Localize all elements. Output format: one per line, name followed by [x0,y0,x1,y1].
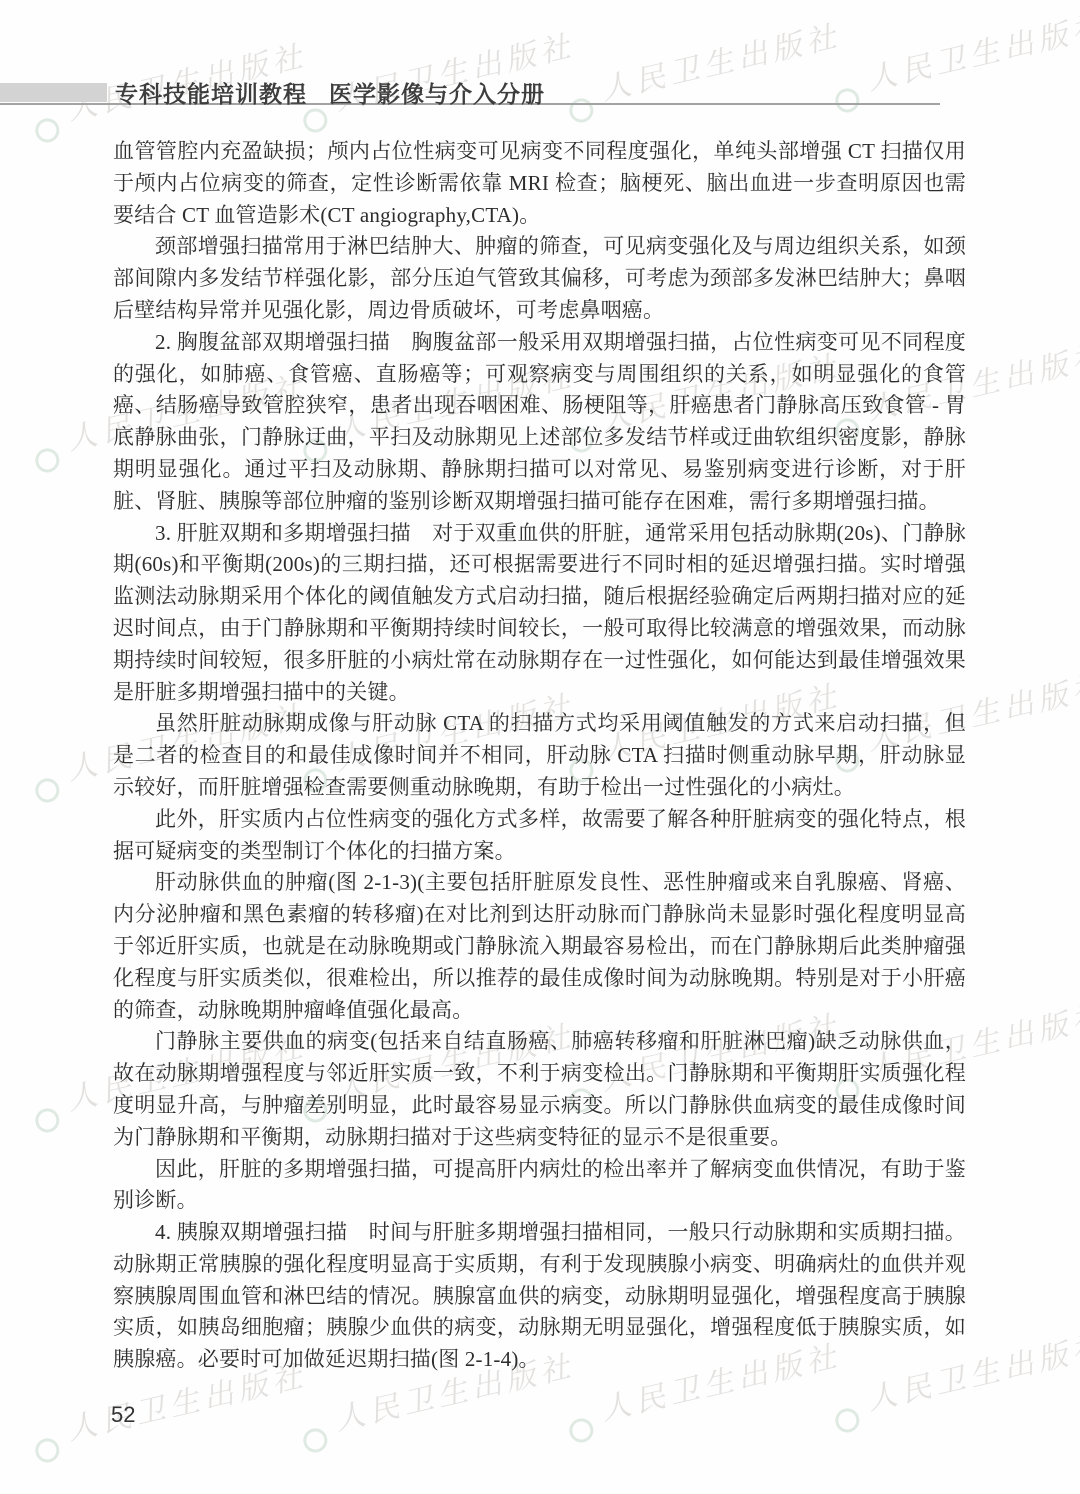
paragraph: 血管管腔内充盈缺损；颅内占位性病变可见病变不同程度强化，单纯头部增强 CT 扫描… [113,136,966,231]
paragraph: 因此，肝脏的多期增强扫描，可提高肝内病灶的检出率并了解病变血供情况，有助于鉴别诊… [113,1154,966,1218]
publisher-seal-icon [33,1436,62,1465]
paragraph: 3. 肝脏双期和多期增强扫描 对于双重血供的肝脏，通常采用包括动脉期(20s)、… [113,518,966,709]
watermark-text: 人民卫生出版社 [596,11,845,109]
watermark-stamp: 人民卫生出版社 [561,11,845,117]
publisher-seal-icon [33,446,62,475]
publisher-seal-icon [833,86,862,115]
page-body: 血管管腔内充盈缺损；颅内占位性病变可见病变不同程度强化，单纯头部增强 CT 扫描… [113,136,966,1376]
watermark-stamp: 人民卫生出版社 [295,21,579,127]
publisher-seal-icon [567,1416,596,1445]
series-title: 专科技能培训教程 [115,81,307,107]
watermark-text: 人民卫生出版社 [862,1,1080,99]
publisher-seal-icon [33,116,62,145]
running-head: 专科技能培训教程医学影像与介入分册 [115,76,545,109]
textbook-page: 人民卫生出版社人民卫生出版社人民卫生出版社人民卫生出版社人民卫生出版社人民卫生出… [0,0,1080,1494]
publisher-seal-icon [833,1406,862,1435]
page-number: 52 [111,1402,135,1428]
paragraph: 肝动脉供血的肿瘤(图 2-1-3)(主要包括肝脏原发良性、恶性肿瘤或来自乳腺癌、… [113,867,966,1026]
header-gray-bar [0,83,107,102]
publisher-seal-icon [301,106,330,135]
publisher-seal-icon [567,96,596,125]
publisher-seal-icon [33,776,62,805]
paragraph: 4. 胰腺双期增强扫描 时间与肝脏多期增强扫描相同，一般只行动脉期和实质期扫描。… [113,1217,966,1376]
publisher-seal-icon [301,1426,330,1455]
paragraph: 此外，肝实质内占位性病变的强化方式多样，故需要了解各种肝脏病变的强化特点，根据可… [113,804,966,868]
volume-title: 医学影像与介入分册 [329,81,545,107]
watermark-stamp: 人民卫生出版社 [827,1,1080,107]
publisher-seal-icon [33,1106,62,1135]
paragraph: 颈部增强扫描常用于淋巴结肿大、肿瘤的筛查，可见病变强化及与周边组织关系，如颈部间… [113,231,966,326]
paragraph: 门静脉主要供血的病变(包括来自结直肠癌、肺癌转移瘤和肝脏淋巴瘤)缺乏动脉供血，故… [113,1026,966,1153]
paragraph: 虽然肝脏动脉期成像与肝动脉 CTA 的扫描方式均采用阈值触发的方式来启动扫描，但… [113,708,966,803]
paragraph: 2. 胸腹盆部双期增强扫描 胸腹盆部一般采用双期增强扫描，占位性病变可见不同程度… [113,327,966,518]
